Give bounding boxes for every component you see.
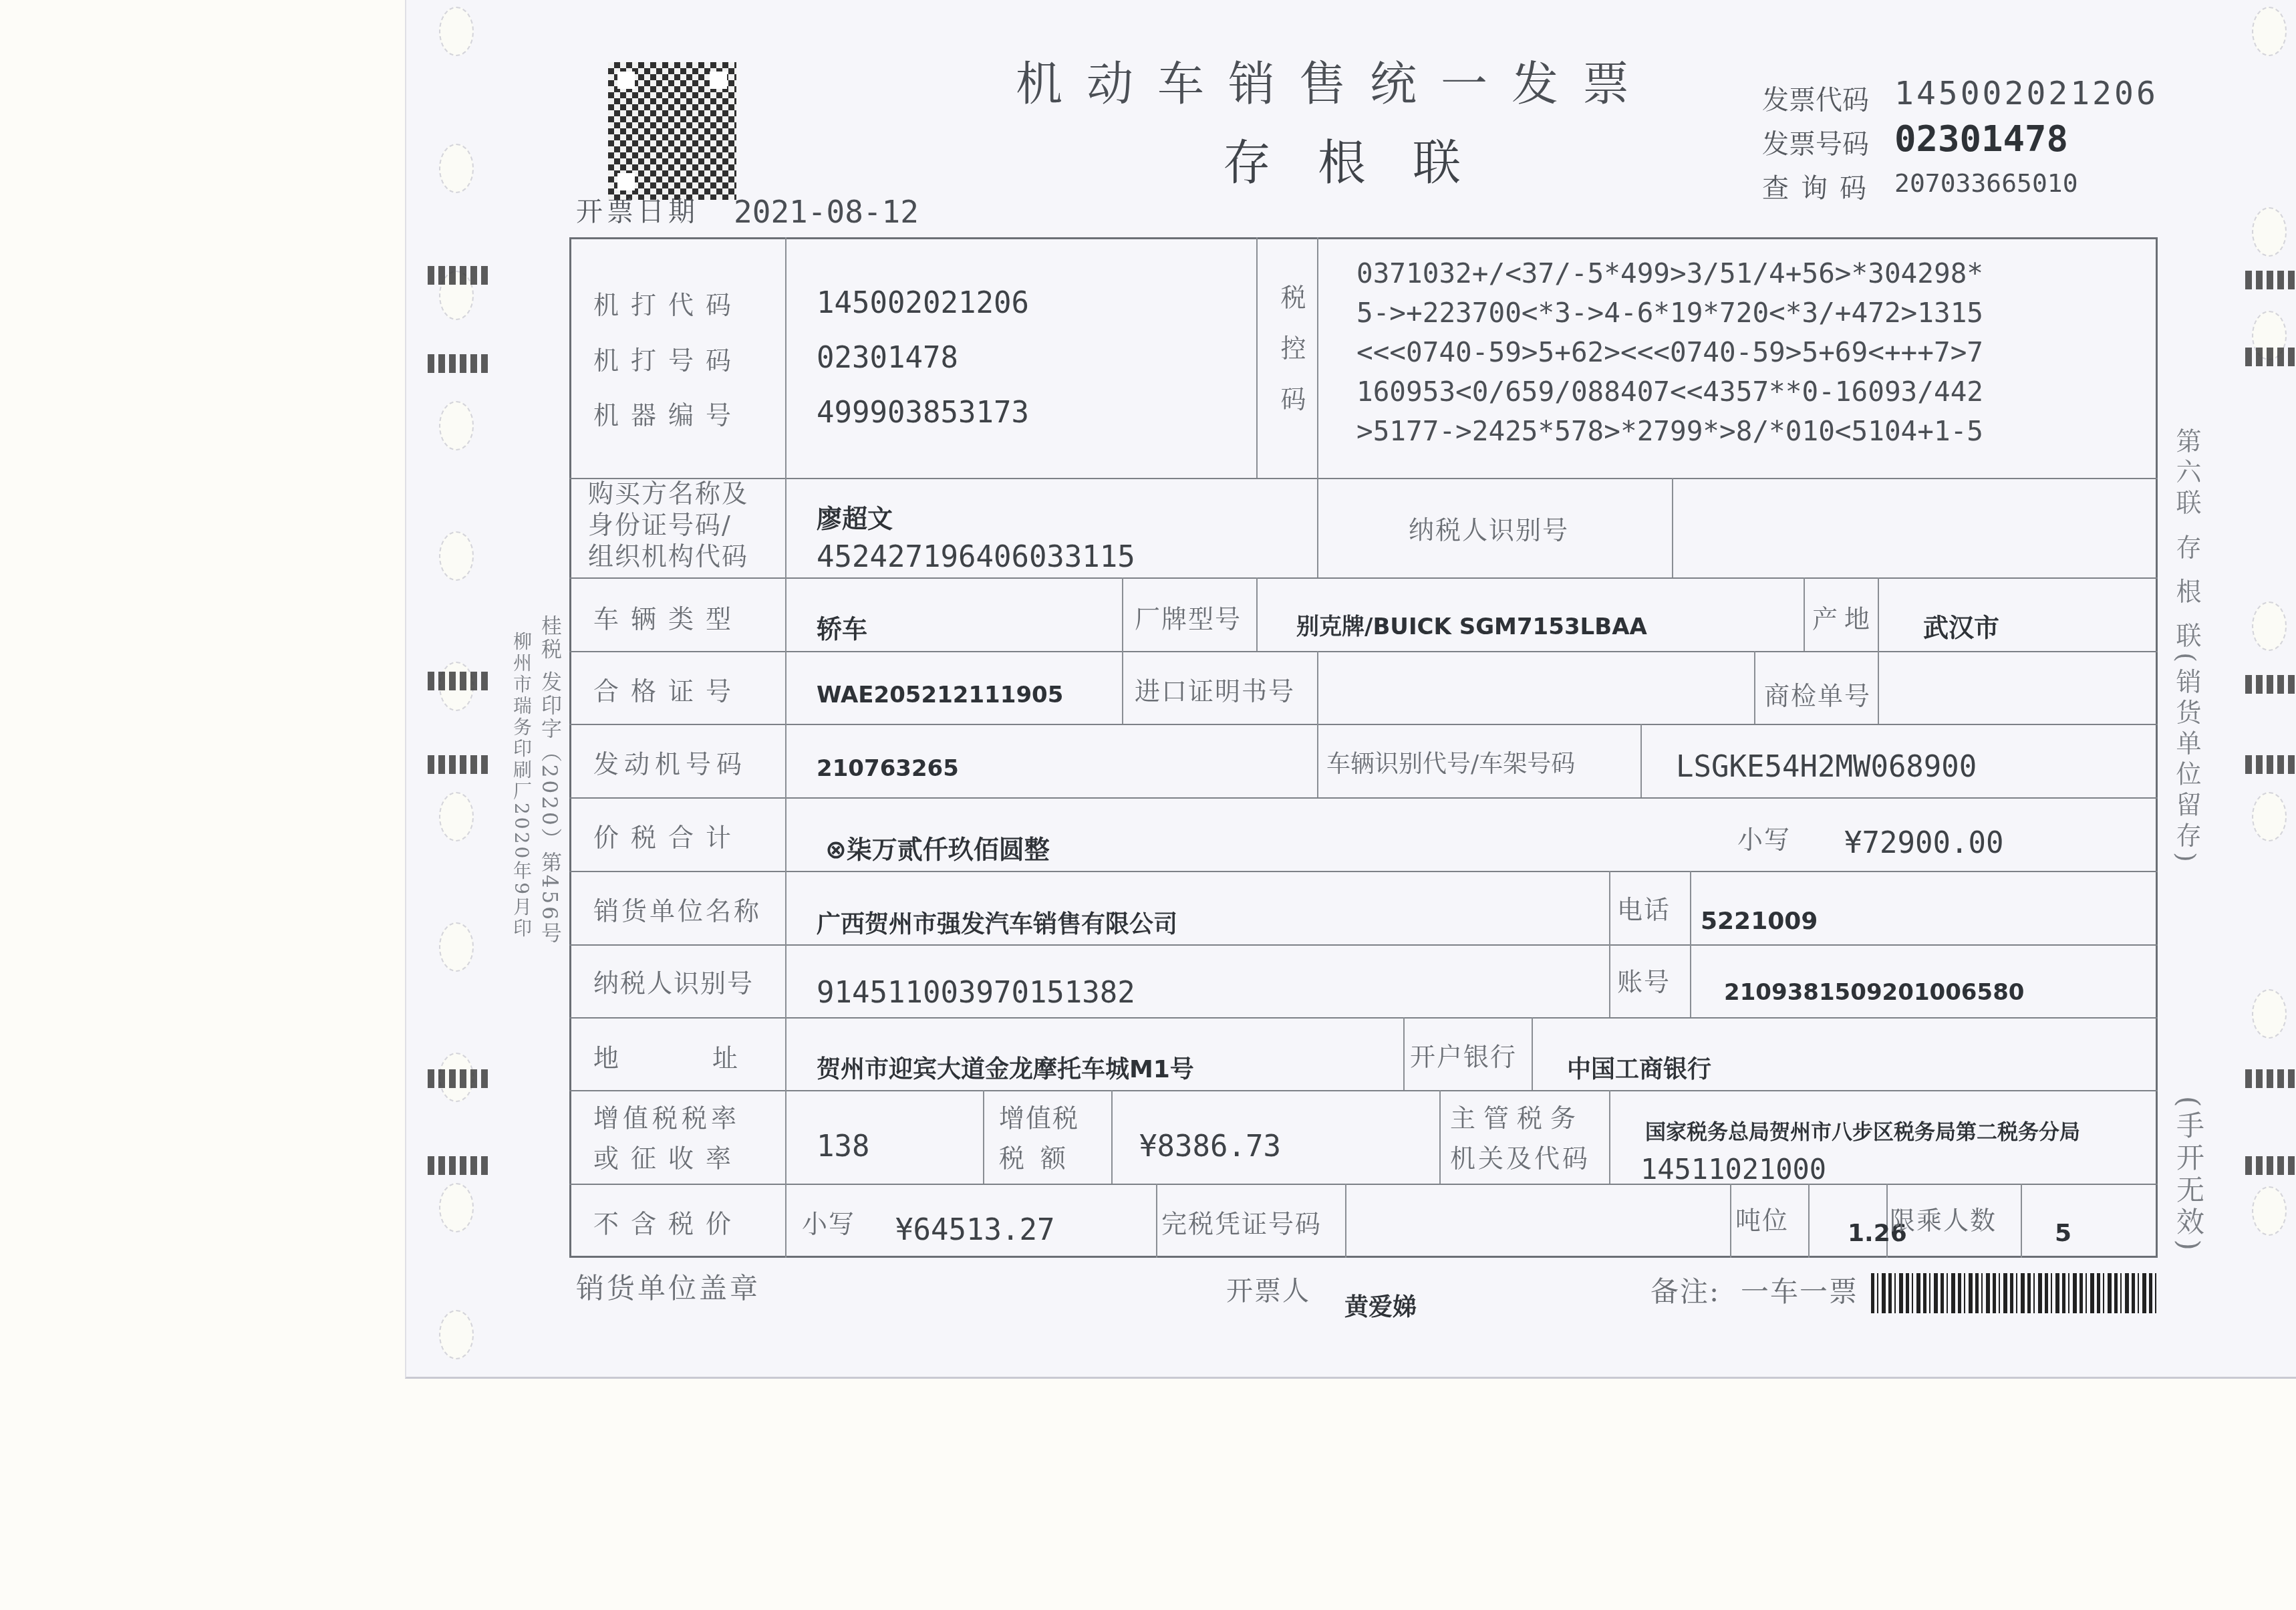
total-lowercase: ¥72900.00 xyxy=(1844,826,2003,860)
alignment-mark xyxy=(428,755,492,774)
bank: 中国工商银行 xyxy=(1567,1051,1711,1085)
buyer-name: 廖超文 xyxy=(817,498,893,535)
buyer-label: 购买方名称及 身份证号码/ 组织机构代码 xyxy=(588,478,748,572)
issue-date-label: 开票日期 xyxy=(576,190,699,229)
machine-code-label: 机打代码 xyxy=(593,284,743,321)
engine-number: 210763265 xyxy=(817,755,959,782)
alignment-mark xyxy=(428,672,492,690)
issue-date: 2021-08-12 xyxy=(734,194,919,230)
invoice-code: 145002021206 xyxy=(1894,75,2158,112)
vehicle-type-label: 车辆类型 xyxy=(593,598,743,635)
inspection-number-label: 商检单号 xyxy=(1764,675,1871,712)
bank-label: 开户银行 xyxy=(1410,1036,1517,1073)
tax-authority-code: 14511021000 xyxy=(1640,1153,1826,1186)
seller-name-label: 销货单位名称 xyxy=(593,890,762,927)
tax-rate-label: 增值税税率 或征收率 xyxy=(593,1098,743,1178)
alignment-mark xyxy=(428,354,492,373)
phone: 5221009 xyxy=(1701,908,1818,935)
invoice-number-label: 发票号码 xyxy=(1762,123,1869,161)
total-lowercase-label: 小写 xyxy=(1737,819,1791,855)
tonnage-label: 吨位 xyxy=(1735,1200,1789,1236)
duty-paid-cert-label: 完税凭证号码 xyxy=(1161,1203,1322,1240)
alignment-mark xyxy=(2245,348,2296,366)
seller-name: 广西贺州市强发汽车销售有限公司 xyxy=(817,906,1177,940)
tax-amount-label: 增值税 税额 xyxy=(999,1098,1082,1178)
alignment-mark xyxy=(2245,755,2296,774)
total-uppercase: ⊗柒万贰仟玖佰圆整 xyxy=(825,829,1050,865)
copy-designation: 第六联 存 根 联(销货单位留存) xyxy=(2168,428,2205,867)
manual-invalid-note: (手开无效) xyxy=(2168,1096,2208,1254)
vin-label: 车辆识别代号/车架号码 xyxy=(1326,745,1575,779)
tax-amount: ¥8386.73 xyxy=(1139,1129,1281,1164)
vehicle-type: 轿车 xyxy=(817,608,867,645)
total-label: 价税合计 xyxy=(593,817,743,853)
alignment-mark xyxy=(2245,1069,2296,1088)
tax-control-label: 税控码 xyxy=(1273,284,1310,436)
alignment-mark xyxy=(2245,1156,2296,1175)
alignment-mark xyxy=(2245,271,2296,289)
buyer-id: 452427196406033115 xyxy=(817,540,1135,574)
query-code-label: 查询码 xyxy=(1762,167,1878,205)
sprocket-hole xyxy=(439,1310,474,1359)
query-code: 207033665010 xyxy=(1894,168,2078,198)
sprocket-hole xyxy=(2252,7,2287,56)
price-lowercase-label: 小写 xyxy=(802,1203,855,1240)
sprocket-hole xyxy=(439,401,474,450)
phone-label: 电话 xyxy=(1617,889,1671,926)
printer-text: 柳州市瑞务印刷厂2020年9月印 xyxy=(508,632,535,940)
certificate-label: 合格证号 xyxy=(593,670,743,707)
alignment-mark xyxy=(2245,675,2296,694)
engine-number-label: 发动机号码 xyxy=(593,743,747,780)
alignment-mark xyxy=(428,266,492,285)
remark: 一车一票 xyxy=(1741,1270,1858,1310)
tax-control-code: 0371032+/<37/-5*499>3/51/4+56>*304298* 5… xyxy=(1356,254,1983,451)
device-number-label: 机器编号 xyxy=(593,394,743,431)
sprocket-hole xyxy=(439,7,474,56)
buyer-taxpayer-id-label: 纳税人识别号 xyxy=(1409,509,1569,546)
qr-code-icon xyxy=(608,62,736,200)
brand-model: 别克牌/BUICK SGM7153LBAA xyxy=(1296,608,1647,641)
sprocket-hole xyxy=(2252,989,2287,1039)
tax-authority: 国家税务总局贺州市八步区税务局第二税务分局 xyxy=(1645,1115,2080,1145)
sprocket-hole xyxy=(439,792,474,841)
sprocket-hole xyxy=(439,531,474,581)
price-excl-tax-label: 不含税价 xyxy=(593,1203,743,1240)
sprocket-hole xyxy=(439,144,474,193)
invoice-title: 机动车销售统一发票 xyxy=(1016,47,1653,114)
machine-number: 02301478 xyxy=(817,341,958,375)
remark-label: 备注: xyxy=(1651,1270,1720,1310)
tax-authority-label: 主管税务 机关及代码 xyxy=(1450,1098,1590,1178)
tax-rate: 138 xyxy=(817,1129,869,1164)
invoice-number: 02301478 xyxy=(1894,118,2068,160)
device-number: 499903853173 xyxy=(817,396,1029,430)
certificate-number: WAE205212111905 xyxy=(817,682,1063,708)
issuer-name: 黄爱娣 xyxy=(1344,1289,1417,1323)
barcode-icon xyxy=(1871,1273,2158,1313)
sprocket-hole xyxy=(2252,792,2287,841)
passenger-limit: 5 xyxy=(2055,1220,2071,1247)
invoice-code-label: 发票代码 xyxy=(1762,79,1869,117)
seller-seal-label: 销货单位盖章 xyxy=(576,1266,760,1307)
invoice-subtitle: 存根联 xyxy=(1223,124,1508,193)
machine-code: 145002021206 xyxy=(817,286,1029,320)
seller-taxpayer-id: 914511003970151382 xyxy=(817,976,1135,1010)
alignment-mark xyxy=(428,1156,492,1175)
account-label: 账号 xyxy=(1617,961,1671,998)
sprocket-hole xyxy=(439,922,474,972)
address: 贺州市迎宾大道金龙摩托车城M1号 xyxy=(817,1051,1194,1085)
print-permit-text: 桂税 发印字（2020）第456号 xyxy=(535,615,565,946)
machine-number-label: 机打号码 xyxy=(593,340,743,376)
passenger-limit-label: 限乘人数 xyxy=(1890,1200,1997,1236)
vin: LSGKE54H2MW068900 xyxy=(1676,750,1977,784)
account-number: 2109381509201006580 xyxy=(1724,979,2025,1006)
address-label: 地址 xyxy=(593,1037,831,1074)
brand-model-label: 厂牌型号 xyxy=(1135,598,1242,635)
price-excl-tax: ¥64513.27 xyxy=(895,1213,1054,1247)
sprocket-hole xyxy=(439,1183,474,1232)
origin-label: 产地 xyxy=(1812,598,1876,635)
origin: 武汉市 xyxy=(1923,607,1999,644)
sprocket-hole xyxy=(2252,601,2287,651)
import-certificate-label: 进口证明书号 xyxy=(1135,670,1295,707)
seller-taxpayer-id-label: 纳税人识别号 xyxy=(593,962,754,999)
sprocket-hole xyxy=(2252,1186,2287,1236)
issuer-label: 开票人 xyxy=(1226,1270,1310,1308)
alignment-mark xyxy=(428,1069,492,1088)
sprocket-hole xyxy=(2252,207,2287,257)
